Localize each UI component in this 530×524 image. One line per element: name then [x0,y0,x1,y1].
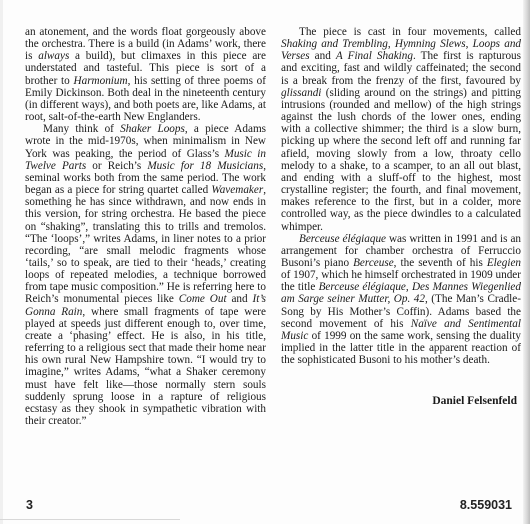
left-column: an atonement, and the words float gorgeo… [25,26,266,427]
catalog-number: 8.559031 [460,498,512,512]
page-binding-shadow [523,0,530,524]
page-left-edge [0,0,3,524]
left-paragraph-1: an atonement, and the words float gorgeo… [25,26,266,123]
right-paragraph-2: Berceuse élégiaque was written in 1991 a… [281,233,521,367]
author-signature: Daniel Felsenfeld [432,395,517,407]
page-number: 3 [26,498,33,512]
right-paragraph-1: The piece is cast in four movements, cal… [281,26,521,233]
bottom-edge-line [0,519,180,520]
right-column: The piece is cast in four movements, cal… [281,26,521,366]
left-paragraph-2: Many think of Shaker Loops, a piece Adam… [25,123,266,427]
